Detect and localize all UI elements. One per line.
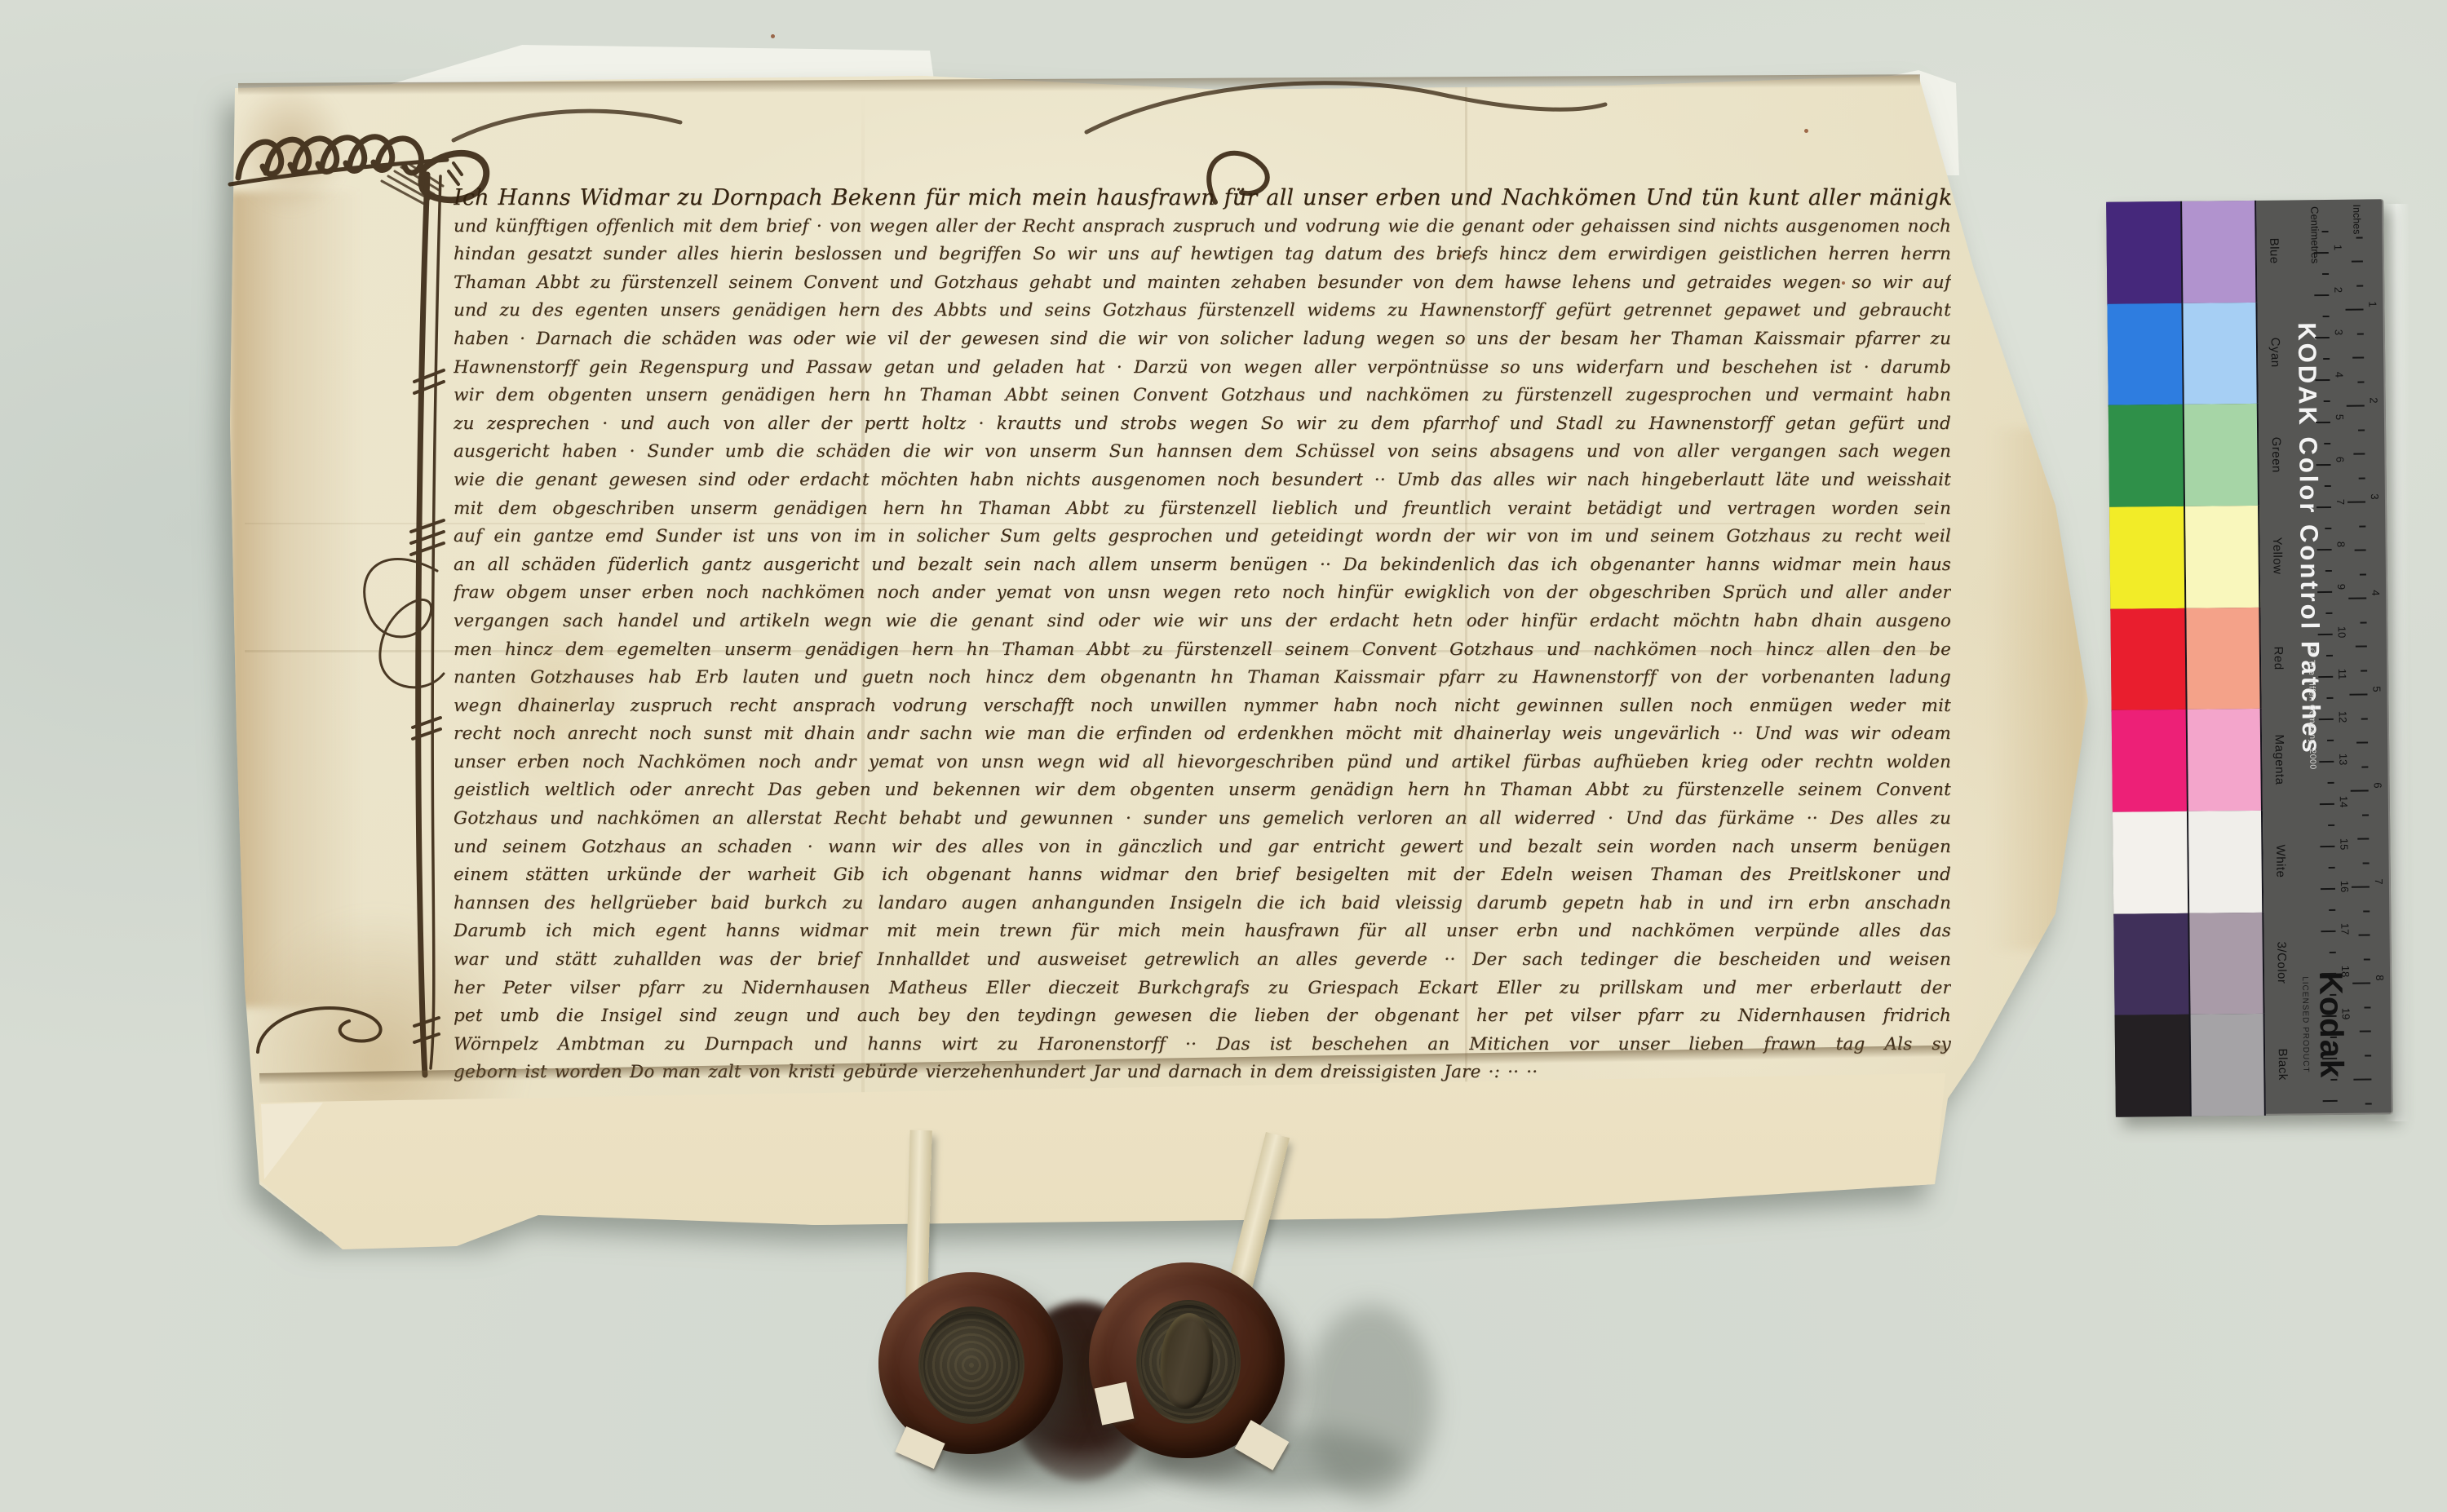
- cm-tick: [2320, 846, 2334, 847]
- manuscript-line: wir dem obgenten unsern genädigen hern h…: [454, 382, 1951, 410]
- inch-tick: [2356, 237, 2363, 238]
- cm-tick: [2315, 337, 2330, 338]
- cm-number: 4: [2333, 372, 2345, 378]
- color-patch-saturated: [2106, 201, 2183, 306]
- stain-speck: [1458, 254, 1462, 258]
- inch-number: 8: [2374, 975, 2386, 980]
- patch-label: Black: [2265, 1014, 2300, 1116]
- manuscript-line: recht noch anrecht noch sunst mit dhain …: [454, 720, 1951, 749]
- color-patch-saturated: [2113, 811, 2189, 916]
- inch-tick: [2353, 453, 2365, 455]
- cm-number: 12: [2337, 711, 2349, 723]
- color-patch-tint: [2187, 608, 2263, 712]
- inch-tick: [2361, 670, 2367, 671]
- cm-number: 18: [2339, 966, 2352, 978]
- inch-tick: [2357, 381, 2364, 382]
- cm-number: 11: [2336, 669, 2348, 680]
- cm-tick: [2319, 761, 2334, 763]
- color-patch-tint: [2182, 201, 2258, 305]
- inch-tick: [2364, 1006, 2370, 1008]
- inch-tick: [2353, 1078, 2371, 1080]
- cm-tick: [2318, 634, 2333, 635]
- stain-speck: [1842, 281, 1845, 285]
- patch-label: Yellow: [2259, 505, 2294, 607]
- cm-number: 17: [2339, 923, 2351, 935]
- inch-tick: [2356, 645, 2367, 647]
- cm-tick: [2314, 252, 2329, 254]
- manuscript-line: vergangen sach handel und artikeln wegn …: [454, 608, 1951, 636]
- inch-tick: [2356, 741, 2368, 743]
- inch-tick: [2348, 597, 2366, 599]
- cm-tick: [2316, 506, 2331, 508]
- cm-tick: [2318, 676, 2333, 678]
- inch-tick: [2355, 549, 2366, 550]
- stain-speck: [771, 34, 775, 38]
- inch-tick: [2356, 285, 2363, 286]
- cm-number: 5: [2334, 414, 2346, 420]
- patch-label: Red: [2261, 607, 2296, 709]
- cm-tick: [2323, 316, 2330, 317]
- color-patch-tint: [2189, 913, 2265, 1017]
- patch-label: Magenta: [2262, 709, 2297, 811]
- patch-label: Cyan: [2258, 302, 2293, 404]
- manuscript-line: haben · Darnach die schäden was oder wie…: [454, 325, 1951, 354]
- color-patch-saturated: [2110, 608, 2187, 712]
- manuscript-line: geistlich weltlich oder anrecht Das gebe…: [454, 776, 1951, 805]
- inch-tick: [2347, 502, 2365, 503]
- cm-tick: [2314, 294, 2329, 296]
- manuscript-line: an all schäden füderlich gantz ausgerich…: [454, 551, 1951, 580]
- kodak-color-card: BlueCyanGreenYellowRedMagentaWhite3/Colo…: [2106, 199, 2393, 1116]
- inch-tick: [2359, 477, 2365, 479]
- cm-tick: [2325, 570, 2332, 572]
- edge-stain-right: [1990, 428, 2088, 950]
- cm-tick: [2321, 973, 2336, 975]
- cm-number: 8: [2335, 542, 2347, 547]
- cm-number: 1: [2332, 245, 2344, 250]
- cm-number: 3: [2333, 329, 2345, 335]
- cm-tick: [2322, 1015, 2337, 1017]
- color-patch-tint: [2191, 1014, 2267, 1116]
- color-patch-tint: [2184, 404, 2260, 508]
- manuscript-line: wie die genant gewesen sind oder erdacht…: [454, 466, 1951, 495]
- inch-number: 2: [2368, 397, 2380, 403]
- cm-tick: [2330, 952, 2336, 953]
- cm-tick: [2317, 549, 2332, 550]
- inch-number: 1: [2366, 301, 2378, 307]
- color-patch-tint: [2185, 506, 2261, 610]
- manuscript-line: unser erben noch Nachkömen noch andr yem…: [454, 749, 1951, 777]
- manuscript-line: men hincz dem egemelten unserm genädigen…: [454, 636, 1951, 665]
- inch-tick: [2358, 429, 2365, 431]
- manuscript-line: Darumb ich mich egent hanns widmar mit m…: [454, 917, 1951, 946]
- cm-number: 19: [2339, 1008, 2352, 1020]
- color-patch-row: Green: [2108, 404, 2294, 507]
- cm-tick: [2326, 655, 2333, 657]
- card-licensed-text: LICENSED PRODUCT: [2300, 976, 2310, 1072]
- cm-tick: [2316, 464, 2331, 466]
- ruler-cm-label: Centimetres: [2308, 206, 2321, 263]
- inch-tick: [2357, 333, 2364, 334]
- manuscript-line: fraw obgem unser erben noch nachkömen no…: [454, 579, 1951, 608]
- cm-tick: [2325, 528, 2331, 529]
- cm-tick: [2330, 994, 2336, 996]
- inch-tick: [2361, 621, 2367, 623]
- inch-number: 7: [2373, 878, 2385, 884]
- manuscript-line: hindan gesatzt sunder alles hierin beslo…: [454, 241, 1951, 269]
- inch-tick: [2362, 814, 2369, 816]
- inch-tick: [2360, 573, 2366, 575]
- color-patch-tint: [2184, 303, 2259, 407]
- manuscript-line: nanten Gotzhauses hab Erb lauten und gue…: [454, 664, 1951, 692]
- corner-stain-topleft: [233, 82, 347, 213]
- color-patch-saturated: [2107, 303, 2184, 408]
- cm-tick: [2316, 422, 2330, 423]
- inch-tick: [2361, 718, 2368, 719]
- cm-tick: [2322, 1058, 2337, 1059]
- cm-number: 7: [2334, 499, 2347, 505]
- color-patch-tint: [2188, 811, 2264, 915]
- manuscript-line: Gotzhaus und nachkömen an allerstat Rech…: [454, 805, 1951, 833]
- patch-label: 3/Color: [2264, 912, 2299, 1014]
- cm-tick: [2321, 931, 2336, 932]
- kodak-logo: Kodak: [2312, 971, 2349, 1080]
- seal-tag-left: [905, 1130, 931, 1298]
- cm-tick: [2321, 888, 2335, 890]
- manuscript-line: war und stätt zuhallden was der brief In…: [454, 946, 1951, 975]
- inch-number: 4: [2370, 590, 2382, 595]
- manuscript-line: mit dem obgeschriben unserm genädigen he…: [454, 495, 1951, 524]
- stain-speck: [883, 1152, 888, 1156]
- edge-stain-left: [230, 192, 361, 1007]
- patch-label: Green: [2259, 404, 2294, 506]
- cm-tick: [2322, 273, 2329, 275]
- cm-tick: [2322, 231, 2329, 232]
- cm-tick: [2319, 718, 2334, 720]
- cm-tick: [2320, 803, 2334, 805]
- inch-tick: [2352, 886, 2370, 887]
- seal-shadow-cast-right: [1305, 1305, 1436, 1501]
- manuscript-line: pet umb die Insigel sind zeugn und auch …: [454, 1002, 1951, 1031]
- manuscript-line: Hawnenstorff gein Regenspurg und Passaw …: [454, 354, 1951, 382]
- color-patch-row: Cyan: [2107, 302, 2292, 405]
- photo-stage: Ich Hanns Widmar zu Dornpach Bekenn für …: [0, 0, 2447, 1512]
- seal-impression-left: [918, 1306, 1024, 1424]
- cm-tick: [2328, 782, 2334, 784]
- manuscript-line: zu zesprechen · und auch von aller der p…: [454, 410, 1951, 439]
- cm-number: 9: [2335, 584, 2347, 590]
- patch-rows: BlueCyanGreenYellowRedMagentaWhite3/Colo…: [2106, 200, 2300, 1116]
- color-patch-saturated: [2115, 1015, 2192, 1117]
- inch-tick: [2364, 958, 2370, 960]
- cm-tick: [2330, 1079, 2337, 1081]
- inch-tick: [2361, 766, 2368, 767]
- cm-tick: [2327, 697, 2334, 699]
- inch-number: 6: [2372, 782, 2384, 788]
- cm-tick: [2324, 400, 2330, 402]
- inch-tick: [2359, 934, 2370, 935]
- inch-number: 5: [2370, 686, 2383, 692]
- cm-tick: [2315, 379, 2330, 381]
- cm-tick: [2327, 740, 2334, 741]
- inch-number: 3: [2369, 493, 2381, 499]
- inch-tick: [2359, 525, 2365, 527]
- cm-tick: [2323, 358, 2330, 360]
- stain-speck: [540, 1184, 543, 1187]
- manuscript-line: einem stätten urkünde der warheit Gib ic…: [454, 861, 1951, 890]
- color-patch-row: Blue: [2106, 200, 2291, 303]
- inch-tick: [2363, 910, 2370, 912]
- color-patch-saturated: [2109, 506, 2186, 611]
- cm-number: 16: [2339, 881, 2351, 893]
- cm-tick: [2317, 591, 2332, 593]
- manuscript-line: und seinem Gotzhaus an schaden · wann wi…: [454, 833, 1951, 862]
- color-patch-row: 3/Color: [2113, 912, 2299, 1015]
- manuscript-line: ausgericht haben · Sunder umb die schäde…: [454, 438, 1951, 466]
- manuscript-line: Thaman Abbt zu fürstenzell seinem Conven…: [454, 269, 1951, 298]
- cm-tick: [2328, 825, 2334, 826]
- cm-number: 15: [2338, 838, 2350, 851]
- manuscript-line: hannsen des hellgrüeber baid burkch zu l…: [454, 890, 1951, 918]
- inch-tick: [2357, 838, 2369, 839]
- manuscript-text: Ich Hanns Widmar zu Dornpach Bekenn für …: [454, 184, 1951, 1087]
- cm-number: 13: [2337, 754, 2349, 766]
- inch-tick: [2351, 789, 2369, 791]
- cm-number: 10: [2336, 626, 2348, 639]
- ruler-inch-label: Inches: [2351, 205, 2362, 235]
- color-patch-row: Yellow: [2109, 505, 2294, 608]
- manuscript-line: her Peter vilser pfarr zu Nidernhausen M…: [454, 975, 1951, 1003]
- stain-speck: [1804, 129, 1808, 133]
- inch-tick: [2352, 357, 2364, 359]
- cm-tick: [2329, 909, 2335, 911]
- manuscript-line: auf ein gantze emd Sunder ist uns von im…: [454, 523, 1951, 551]
- color-patch-row: Magenta: [2112, 709, 2297, 812]
- color-patch-row: White: [2113, 810, 2298, 913]
- cm-number: 14: [2338, 796, 2350, 808]
- cm-tick: [2325, 485, 2331, 487]
- cm-tick: [2329, 867, 2335, 869]
- patch-label: Blue: [2256, 200, 2291, 302]
- inch-tick: [2363, 862, 2370, 864]
- color-patch-row: Red: [2110, 607, 2295, 710]
- inch-tick: [2352, 982, 2370, 984]
- cm-tick: [2323, 1100, 2338, 1102]
- inch-tick: [2360, 1030, 2371, 1032]
- manuscript-line: Ich Hanns Widmar zu Dornpach Bekenn für …: [454, 184, 1951, 213]
- color-patch-saturated: [2108, 405, 2185, 509]
- patch-label: White: [2263, 810, 2298, 912]
- inch-tick: [2346, 309, 2364, 311]
- manuscript-line: und künfftigen offenlich mit dem brief ·…: [454, 213, 1951, 241]
- inch-tick: [2352, 261, 2363, 263]
- manuscript-line: wegn dhainerlay zuspruch recht ansprach …: [454, 692, 1951, 721]
- color-patch-saturated: [2113, 913, 2190, 1017]
- color-patch-saturated: [2112, 710, 2188, 814]
- cm-number: 2: [2332, 287, 2344, 293]
- cm-tick: [2324, 443, 2330, 444]
- cm-number: 6: [2334, 457, 2346, 462]
- cm-tick: [2330, 1037, 2337, 1038]
- inch-tick: [2365, 1103, 2372, 1104]
- color-patch-tint: [2188, 709, 2263, 813]
- color-patch-row: Black: [2115, 1014, 2300, 1117]
- manuscript-line: und zu des egenten unsers genädigen hern…: [454, 297, 1951, 325]
- inch-tick: [2347, 405, 2365, 407]
- inch-tick: [2365, 1054, 2371, 1056]
- inch-tick: [2349, 693, 2367, 695]
- cm-tick: [2325, 612, 2332, 614]
